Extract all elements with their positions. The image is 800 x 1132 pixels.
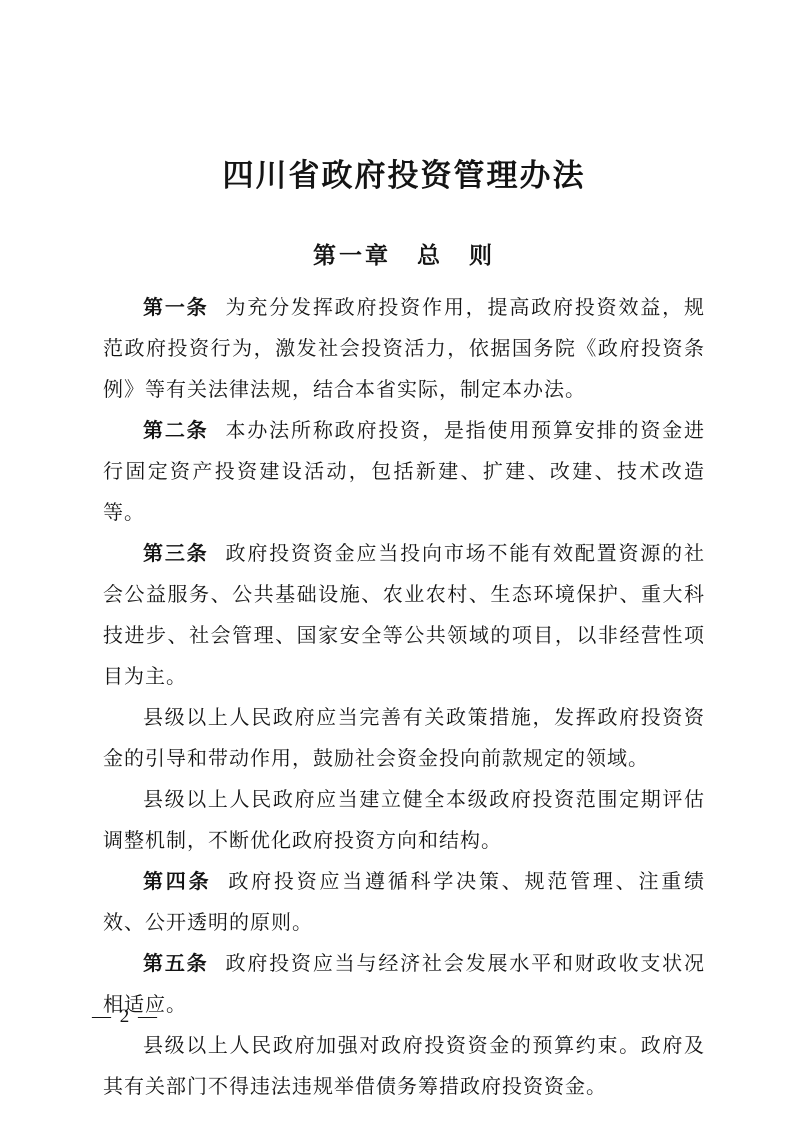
article-paragraph: 第三条政府投资资金应当投向市场不能有效配置资源的社会公益服务、公共基础设施、农业… — [103, 534, 705, 698]
article-paragraph: 县级以上人民政府应当建立健全本级政府投资范围定期评估调整机制，不断优化政府投资方… — [103, 780, 705, 862]
article-text: 县级以上人民政府应当完善有关政策措施，发挥政府投资资金的引导和带动作用，鼓励社会… — [103, 707, 705, 770]
document-title: 四川省政府投资管理办法 — [103, 0, 705, 196]
document-body: 第一条为充分发挥政府投资作用，提高政府投资效益，规范政府投资行为，激发社会投资活… — [103, 288, 705, 1108]
article-paragraph: 县级以上人民政府应当完善有关政策措施，发挥政府投资资金的引导和带动作用，鼓励社会… — [103, 698, 705, 780]
chapter-heading: 第一章 总 则 — [103, 240, 705, 270]
article-number-label: 第五条 — [143, 953, 209, 975]
article-number-label: 第三条 — [143, 543, 209, 565]
article-number-label: 第四条 — [143, 871, 211, 893]
article-number-label: 第一条 — [143, 297, 209, 319]
article-paragraph: 第四条政府投资应当遵循科学决策、规范管理、注重绩效、公开透明的原则。 — [103, 862, 705, 944]
article-paragraph: 县级以上人民政府加强对政府投资资金的预算约束。政府及其有关部门不得违法违规举借债… — [103, 1026, 705, 1108]
article-text: 县级以上人民政府加强对政府投资资金的预算约束。政府及其有关部门不得违法违规举借债… — [103, 1035, 705, 1098]
article-paragraph: 第二条本办法所称政府投资，是指使用预算安排的资金进行固定资产投资建设活动，包括新… — [103, 411, 705, 534]
article-number-label: 第二条 — [143, 420, 209, 442]
page-number: — 2 — — [92, 1004, 159, 1030]
article-paragraph: 第五条政府投资应当与经济社会发展水平和财政收支状况相适应。 — [103, 944, 705, 1026]
article-text: 县级以上人民政府应当建立健全本级政府投资范围定期评估调整机制，不断优化政府投资方… — [103, 789, 705, 852]
article-paragraph: 第一条为充分发挥政府投资作用，提高政府投资效益，规范政府投资行为，激发社会投资活… — [103, 288, 705, 411]
document-page: 四川省政府投资管理办法 第一章 总 则 第一条为充分发挥政府投资作用，提高政府投… — [0, 0, 800, 1132]
document-content: 四川省政府投资管理办法 第一章 总 则 第一条为充分发挥政府投资作用，提高政府投… — [0, 0, 800, 1108]
